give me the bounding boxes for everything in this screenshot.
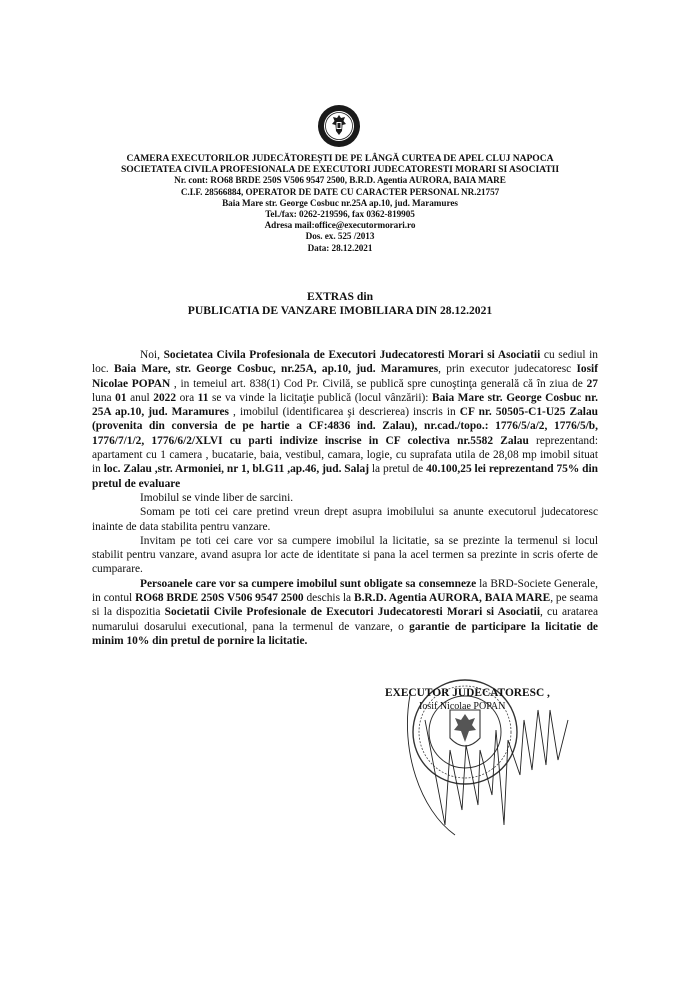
text-run: deschis la bbox=[304, 592, 354, 604]
letterhead-line: Dos. ex. 525 /2013 bbox=[90, 231, 590, 242]
text-run: 27 bbox=[587, 378, 598, 390]
document-page: CAMERA EXECUTORILOR JUDECĂTOREȘTI DE PE … bbox=[0, 0, 680, 1000]
text-run: Persoanele care vor sa cumpere imobilul … bbox=[140, 578, 476, 590]
signature-name: Iosif Nicolae POPAN bbox=[385, 700, 615, 714]
text-run: , imobilul (identificarea şi descrierea)… bbox=[229, 406, 460, 418]
text-run: Societatea Civila Profesionala de Execut… bbox=[164, 349, 541, 361]
text-run: B.R.D. Agentia AURORA, BAIA MARE bbox=[354, 592, 550, 604]
text-run: Noi, bbox=[140, 349, 164, 361]
text-run: se va vinde la licitaţie publică (locul … bbox=[208, 392, 432, 404]
text-run: la pretul de bbox=[369, 463, 426, 475]
document-title: EXTRAS din PUBLICATIA DE VANZARE IMOBILI… bbox=[90, 290, 590, 318]
letterhead-line: Nr. cont: RO68 BRDE 250S V506 9547 2500,… bbox=[90, 175, 590, 186]
paragraph-summons: Somam pe toti cei care pretind vreun dre… bbox=[92, 505, 598, 534]
title-line-2: PUBLICATIA DE VANZARE IMOBILIARA DIN 28.… bbox=[90, 304, 590, 318]
letterhead-line: Baia Mare str. George Cosbuc nr.25A ap.1… bbox=[90, 198, 590, 209]
text-run: 11 bbox=[198, 392, 209, 404]
text-run: , in temeiul art. 838(1) Cod Pr. Civilă,… bbox=[170, 378, 586, 390]
letterhead-line: Data: 28.12.2021 bbox=[90, 243, 590, 254]
letterhead-line: SOCIETATEA CIVILA PROFESIONALA DE EXECUT… bbox=[90, 164, 590, 175]
text-run: luna bbox=[92, 392, 115, 404]
text-run: Societatii Civile Profesionale de Execut… bbox=[165, 606, 540, 618]
text-run: 2022 bbox=[153, 392, 176, 404]
text-run: Baia Mare, str. George Cosbuc, nr.25A, a… bbox=[114, 363, 438, 375]
text-run: , prin executor judecatoresc bbox=[438, 363, 576, 375]
letterhead: CAMERA EXECUTORILOR JUDECĂTOREȘTI DE PE … bbox=[90, 153, 590, 254]
letterhead-line: CAMERA EXECUTORILOR JUDECĂTOREȘTI DE PE … bbox=[90, 153, 590, 164]
letterhead-line: Adresa mail:office@executormorari.ro bbox=[90, 220, 590, 231]
paragraph-deposit: Persoanele care vor sa cumpere imobilul … bbox=[92, 577, 598, 648]
letterhead-line: C.I.F. 28566884, OPERATOR DE DATE CU CAR… bbox=[90, 187, 590, 198]
paragraph-free-of-charges: Imobilul se vinde liber de sarcini. bbox=[92, 491, 598, 505]
letterhead-line: Tel./fax: 0262-219596, fax 0362-819905 bbox=[90, 209, 590, 220]
text-run: anul bbox=[127, 392, 154, 404]
paragraph-invitation: Invitam pe toti cei care vor sa cumpere … bbox=[92, 534, 598, 577]
signature-title: EXECUTOR JUDECATORESC , bbox=[385, 687, 550, 699]
text-run: ora bbox=[176, 392, 198, 404]
signature-block: EXECUTOR JUDECATORESC , Iosif Nicolae PO… bbox=[385, 686, 615, 714]
text-run: RO68 BRDE 250S V506 9547 2500 bbox=[135, 592, 304, 604]
coat-of-arms-emblem-icon bbox=[317, 104, 361, 148]
title-line-1: EXTRAS din bbox=[90, 290, 590, 304]
text-run: 01 bbox=[115, 392, 126, 404]
text-run: loc. Zalau ,str. Armoniei, nr 1, bl.G11 … bbox=[104, 463, 369, 475]
document-body: Noi, Societatea Civila Profesionala de E… bbox=[92, 348, 598, 648]
paragraph-sale-notice: Noi, Societatea Civila Profesionala de E… bbox=[92, 348, 598, 491]
